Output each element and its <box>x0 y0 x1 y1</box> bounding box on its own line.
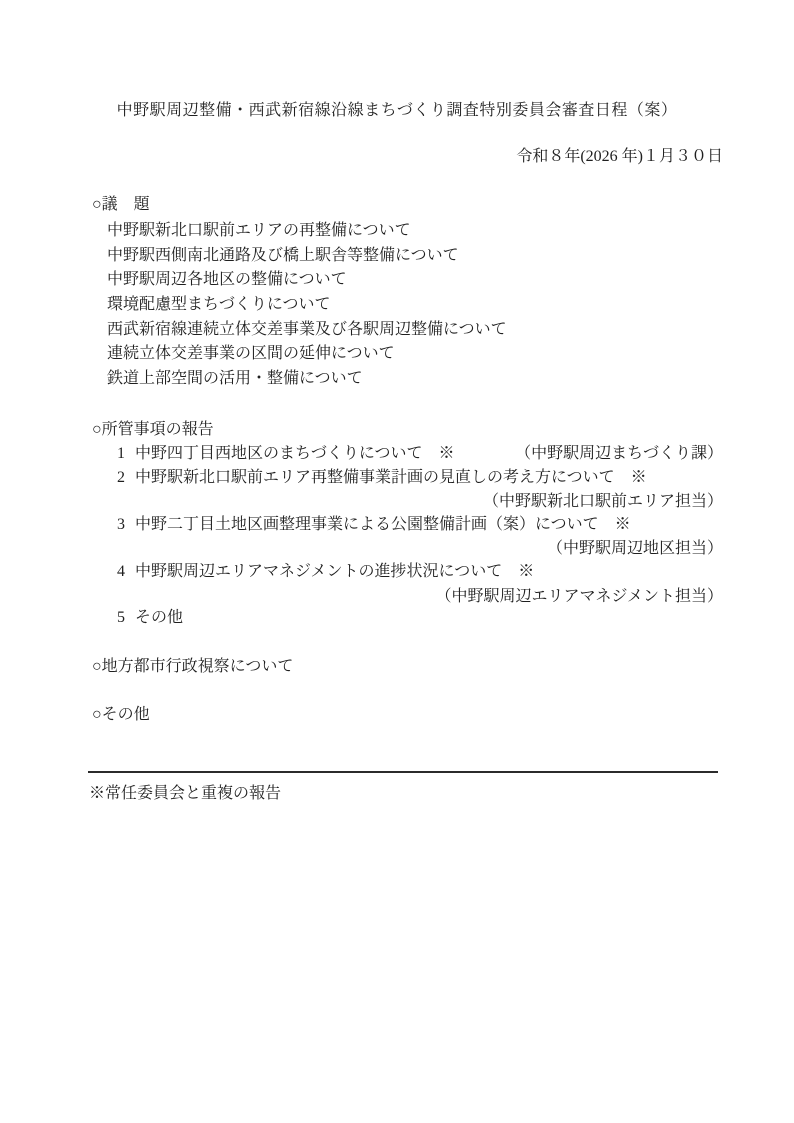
report-item-number: 5 <box>107 610 135 626</box>
agenda-item: 中野駅西側南北通路及び橋上駅舎等整備について <box>107 244 507 269</box>
report-item-number: 2 <box>107 470 135 486</box>
report-item-text: 中野四丁目西地区のまちづくりについて ※ <box>135 446 455 462</box>
report-item-1: 1 中野四丁目西地区のまちづくりについて ※ （中野駅周辺まちづくり課） <box>107 446 723 462</box>
report-item-number: 4 <box>107 564 135 580</box>
reports-heading: ○所管事項の報告 <box>92 422 214 438</box>
agenda-item: 西武新宿線連続立体交差事業及び各駅周辺整備について <box>107 318 507 343</box>
report-item-department: （中野駅周辺まちづくり課） <box>515 446 723 462</box>
document-date: 令和８年(2026 年)１月３０日 <box>516 149 723 165</box>
report-item-4: 4 中野駅周辺エリアマネジメントの進捗状況について ※ <box>107 564 723 580</box>
report-item-5: 5 その他 <box>107 610 723 626</box>
report-item-department: （中野駅周辺エリアマネジメント担当） <box>435 589 723 605</box>
agenda-item: 連続立体交差事業の区間の延伸について <box>107 342 507 367</box>
report-item-text: その他 <box>135 610 183 626</box>
report-item-text: 中野二丁目土地区画整理事業による公園整備計画（案）について ※ <box>135 517 631 533</box>
footnote: ※常任委員会と重複の報告 <box>89 786 281 802</box>
report-item-3: 3 中野二丁目土地区画整理事業による公園整備計画（案）について ※ <box>107 517 723 533</box>
document-title: 中野駅周辺整備・西武新宿線沿線まちづくり調査特別委員会審査日程（案） <box>0 103 794 119</box>
document-page: 中野駅周辺整備・西武新宿線沿線まちづくり調査特別委員会審査日程（案） 令和８年(… <box>0 0 794 1123</box>
footnote-divider <box>88 771 718 773</box>
report-item-text: 中野駅新北口駅前エリア再整備事業計画の見直しの考え方について ※ <box>135 470 647 486</box>
agenda-item: 鉄道上部空間の活用・整備について <box>107 367 507 392</box>
report-item-text: 中野駅周辺エリアマネジメントの進捗状況について ※ <box>135 564 534 580</box>
report-item-2: 2 中野駅新北口駅前エリア再整備事業計画の見直しの考え方について ※ <box>107 470 723 486</box>
other-heading: ○その他 <box>92 707 150 723</box>
report-item-number: 1 <box>107 446 135 462</box>
report-item-department: （中野駅新北口駅前エリア担当） <box>483 494 723 510</box>
report-item-department: （中野駅周辺地区担当） <box>547 541 723 557</box>
agenda-heading: ○議 題 <box>92 197 150 213</box>
agenda-list: 中野駅新北口駅前エリアの再整備について 中野駅西側南北通路及び橋上駅舎等整備につ… <box>107 219 507 392</box>
agenda-item: 中野駅周辺各地区の整備について <box>107 268 507 293</box>
agenda-item: 中野駅新北口駅前エリアの再整備について <box>107 219 507 244</box>
inspection-heading: ○地方都市行政視察について <box>92 659 293 675</box>
report-item-number: 3 <box>107 517 135 533</box>
agenda-item: 環境配慮型まちづくりについて <box>107 293 507 318</box>
